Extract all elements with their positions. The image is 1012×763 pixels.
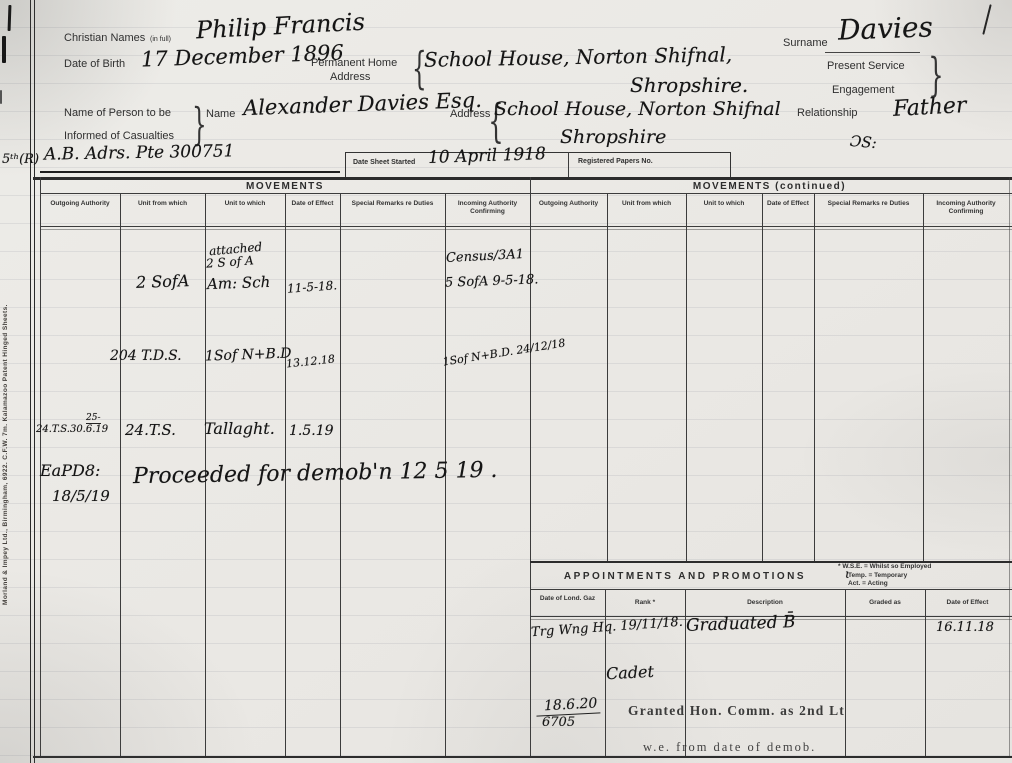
- casualty-name-value: Alexander Davies Esq.: [243, 88, 483, 120]
- surname-label: Surname: [783, 37, 828, 49]
- permanent-home-address-label: Address: [330, 71, 370, 83]
- surname-value: Davies: [837, 10, 933, 46]
- appointments-top-border: [530, 561, 1012, 563]
- permanent-home-label: Permanent Home: [311, 57, 397, 69]
- movement-row1-date: 11-5-18.: [287, 278, 338, 295]
- christian-names-label: Christian Names: [64, 32, 145, 44]
- table-line: [1009, 177, 1010, 756]
- date-sheet-box-divider: [568, 152, 569, 178]
- col-rank: Rank *: [605, 599, 685, 607]
- col-outgoing-authority: Outgoing Authority: [530, 200, 607, 208]
- movement-row3-date: 1.5.19: [289, 423, 334, 439]
- legend-wse: * W.S.E. = Whilst so Employed: [838, 563, 931, 572]
- movement-row3-outgoing: 24.T.S.30.6.19: [36, 424, 108, 435]
- present-service-label: Present Service: [827, 60, 905, 72]
- appointments-title: APPOINTMENTS AND PROMOTIONS: [540, 571, 830, 582]
- address-label: Address: [450, 108, 490, 120]
- gazette-date: 18.6.20: [536, 695, 601, 716]
- table-line: [120, 193, 121, 756]
- movement-row2-unit-to: 1Sof N+B.D: [205, 345, 292, 364]
- movement-row4-outgoing-line2: 18/5/19: [52, 487, 110, 505]
- binding-rule: [30, 0, 31, 763]
- stamp-effective-date: w.e. from date of demob.: [643, 740, 816, 755]
- relationship-label: Relationship: [797, 107, 858, 119]
- table-line: [925, 589, 926, 756]
- scan-ink-mark: [2, 36, 6, 63]
- registered-papers-label: Registered Papers No.: [578, 158, 653, 165]
- table-line: [923, 193, 924, 562]
- surname-underline: [825, 52, 920, 53]
- casualty-address-line2: Shropshire: [560, 126, 666, 148]
- appointment-row1-date-of-effect: 16.11.18: [936, 620, 994, 635]
- movements-continued-title: MOVEMENTS (continued): [530, 181, 1009, 192]
- col-unit-to: Unit to which: [686, 200, 762, 208]
- movement-row4-note: Proceeded for demob'n 12 5 19 .: [133, 458, 498, 489]
- col-date-of-effect: Date of Effect: [762, 200, 814, 208]
- scan-ink-mark: [0, 90, 2, 104]
- ink-note: ƆS:: [849, 132, 877, 152]
- movement-row1-unit-from: 2 SofA: [136, 271, 190, 292]
- casualties-label-line2: Informed of Casualties: [64, 130, 174, 142]
- table-line: [685, 589, 686, 756]
- printer-imprint: Morland & Impey Ltd., Birmingham, 6922. …: [2, 185, 9, 605]
- casualty-address-line1: School House, Norton Shifnal: [494, 98, 781, 120]
- table-line: [686, 193, 687, 562]
- movement-row1-unit-to-line3: Am: Sch: [207, 273, 271, 293]
- gazette-page-number: 6705: [536, 715, 600, 730]
- movement-row2-date: 13.12.18: [285, 352, 335, 370]
- table-line: [530, 589, 1012, 590]
- movement-row3-outgoing-superscript: 25-: [86, 413, 101, 424]
- movement-row3-unit-from: 24.T.S.: [125, 421, 176, 439]
- casualties-label-line1: Name of Person to be: [64, 107, 171, 119]
- scan-ink-mark: [8, 5, 12, 31]
- appointment-rank-entry: Cadet: [606, 662, 655, 683]
- service-number-note: A.B. Adrs. Pte 300751: [44, 141, 235, 164]
- col-description: Description: [685, 599, 845, 607]
- col-unit-from: Unit from which: [607, 200, 686, 208]
- engagement-label: Engagement: [832, 84, 894, 96]
- movement-row2-unit-from: 204 T.D.S.: [110, 348, 182, 364]
- handwritten-underline: [40, 171, 340, 173]
- relationship-value: Father: [892, 93, 967, 122]
- col-special-remarks: Special Remarks re Duties: [814, 200, 923, 208]
- movement-row4-outgoing-line1: EaPD8:: [40, 461, 100, 480]
- legend-act: Act. = Acting: [848, 580, 888, 589]
- table-line: [40, 226, 1012, 227]
- margin-note: 5ᵗʰ(R): [2, 152, 39, 167]
- date-sheet-started-value: 10 April 1918: [428, 144, 547, 168]
- col-graded-as: Graded as: [845, 599, 925, 607]
- date-of-birth-label: Date of Birth: [64, 58, 125, 70]
- col-date-of-lond-gaz: Date of Lond. Gaz: [530, 595, 605, 603]
- legend-temp: Temp. = Temporary: [848, 572, 907, 581]
- col-incoming-authority: Incoming Authority Confirming: [445, 200, 530, 216]
- binding-rule: [34, 0, 35, 763]
- appointment-row1-description: Graduated B̄: [686, 612, 796, 636]
- table-top-border: [33, 177, 1012, 180]
- permanent-address-line2: Shropshire.: [630, 73, 748, 97]
- stamp-granted-commission: Granted Hon. Comm. as 2nd Lt: [628, 703, 845, 719]
- pen-stroke-mark: [982, 4, 991, 35]
- appointment-row2-gazette: 18.6.20 6705: [536, 697, 600, 730]
- col-special-remarks: Special Remarks re Duties: [340, 200, 445, 208]
- col-unit-to: Unit to which: [205, 200, 285, 208]
- name-label: Name: [206, 108, 235, 120]
- col-outgoing-authority: Outgoing Authority: [40, 200, 120, 208]
- table-line: [40, 193, 1012, 194]
- date-sheet-started-label: Date Sheet Started: [353, 159, 415, 166]
- col-unit-from: Unit from which: [120, 200, 205, 208]
- movements-title: MOVEMENTS: [40, 181, 530, 192]
- movement-row3-unit-to: Tallaght.: [204, 419, 275, 438]
- permanent-address-line1: School House, Norton Shifnal,: [424, 42, 733, 71]
- table-line: [530, 177, 531, 756]
- table-line: [40, 229, 1012, 230]
- christian-names-value: Philip Francis: [195, 8, 365, 45]
- table-line: [814, 193, 815, 562]
- table-line: [762, 193, 763, 562]
- movement-row1-incoming-line2: 5 SofA 9-5-18.: [445, 272, 539, 290]
- col-date-of-effect: Date of Effect: [925, 599, 1010, 607]
- col-date-of-effect: Date of Effect: [285, 200, 340, 208]
- table-line: [845, 589, 846, 756]
- col-incoming-authority: Incoming Authority Confirming: [923, 200, 1009, 216]
- table-bottom-border: [33, 756, 1012, 758]
- service-record-sheet: Morland & Impey Ltd., Birmingham, 6922. …: [0, 0, 1012, 763]
- table-line: [607, 193, 608, 562]
- movement-row1-incoming-line1: Census/3A1: [446, 247, 525, 266]
- in-full-label: (in full): [150, 36, 171, 43]
- movement-row2-incoming: 1Sof N+B.D. 24/12/18: [442, 336, 566, 368]
- movement-row1-unit-to-line2: 2 S of A: [206, 253, 255, 270]
